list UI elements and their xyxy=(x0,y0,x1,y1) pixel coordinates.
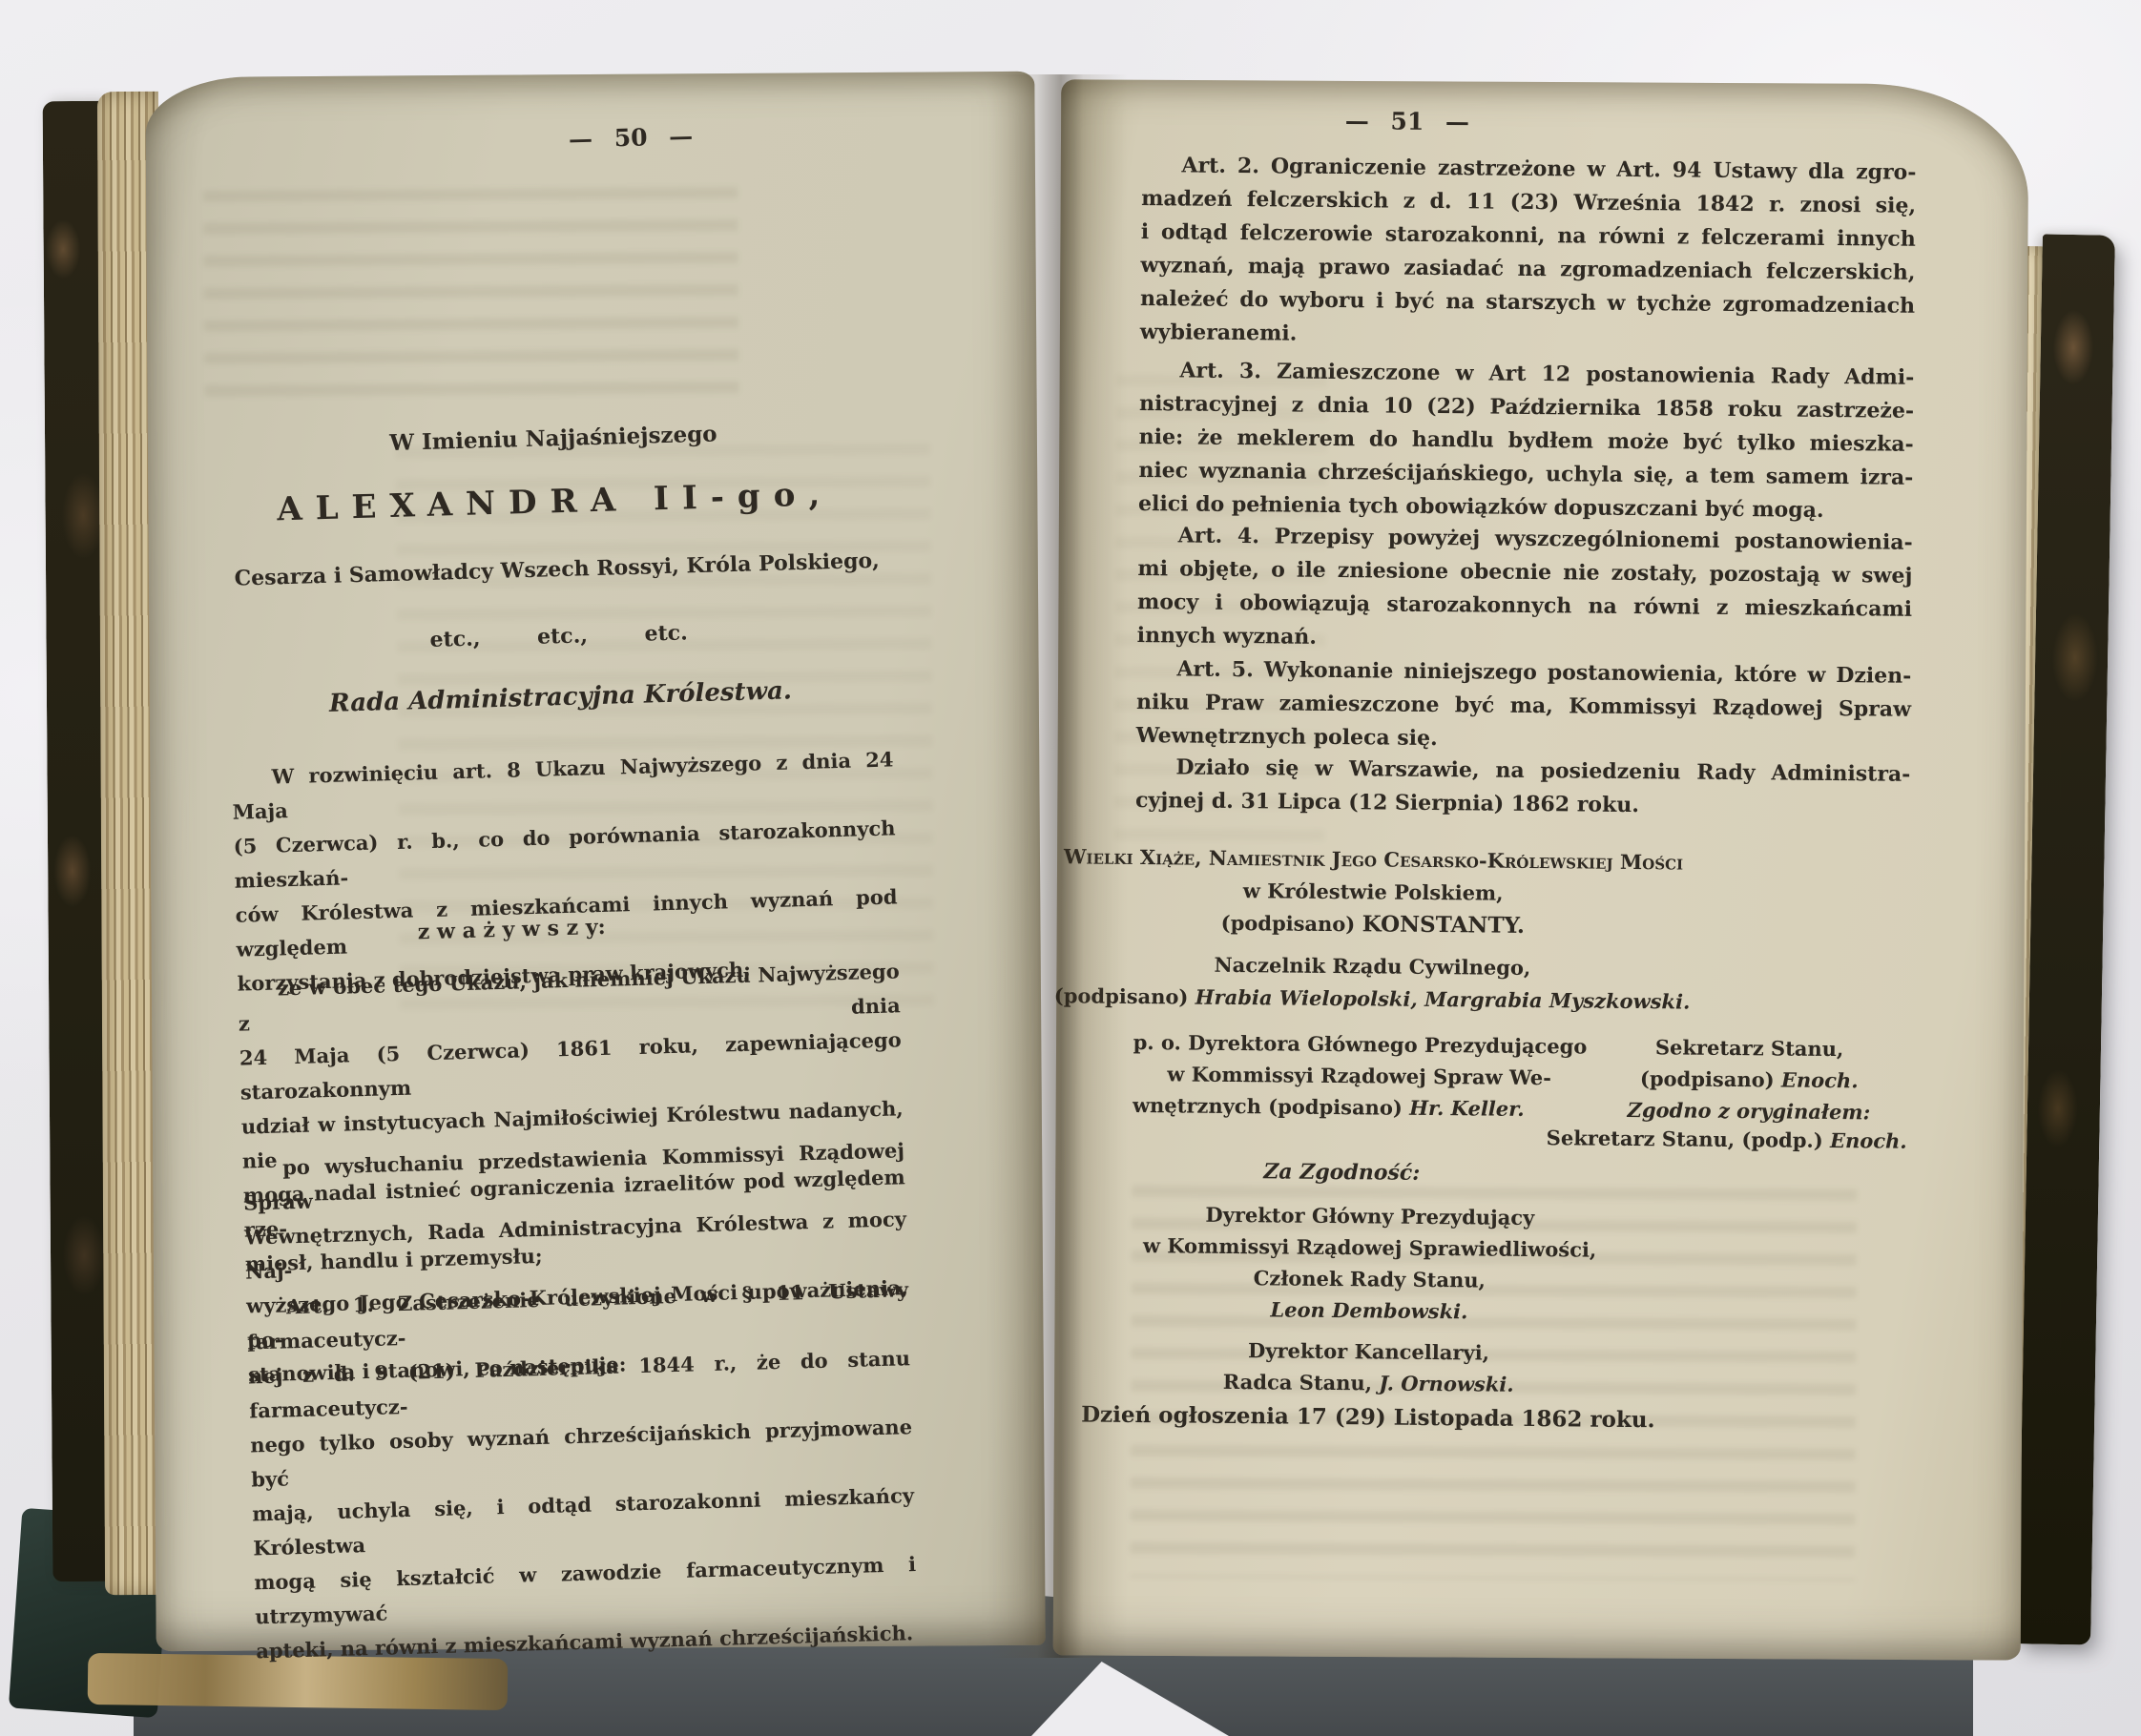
director-line: w Kommissyi Rządowej Spraw We- xyxy=(1133,1058,1590,1094)
wielopolski-name: Hrabia Wielopolski, Margrabia Myszkowski… xyxy=(1195,985,1691,1014)
naczelnik-signature: (podpisano) Hrabia Wielopolski, Margrabi… xyxy=(985,979,1759,1019)
secretary-title: Sekretarz Stanu, xyxy=(1590,1031,1907,1065)
justice-director-block: Dyrektor Główny Prezydujący w Kommissyi … xyxy=(982,1196,1757,1330)
paragraph-article-2: Art. 2. Ograniczenie zastrzeżone w Art. … xyxy=(1140,149,1917,357)
chancellery-signature: Radca Stanu, J. Ornowski. xyxy=(981,1363,1756,1402)
left-page: — 50 — W Imieniu Najjaśniejszego ALEXAND… xyxy=(145,72,1045,1651)
signed-label: (podpisano) xyxy=(1640,1066,1781,1091)
heading-administrative-council: Rada Administracyjna Królestwa. xyxy=(229,673,892,720)
two-column-signatures: p. o. Dyrektora Głównego Prezydującego w… xyxy=(1133,1026,1908,1128)
director-line: p. o. Dyrektora Głównego Prezydującego xyxy=(1133,1026,1590,1063)
heading-in-the-name: W Imieniu Najjaśniejszego xyxy=(222,417,884,461)
certified-label: Za Zgodność: xyxy=(954,1156,1729,1188)
enoch-name: Enoch. xyxy=(1781,1068,1859,1093)
paragraph-article-1: Art. 1. Zastrzeżenie uczynione w § 11 Us… xyxy=(246,1272,919,1668)
page-number: — 50 — xyxy=(300,114,963,160)
paragraph-enacted: Działo się w Warszawie, na posiedzeniu R… xyxy=(1135,751,1911,825)
paragraph-article-3: Art. 3. Zamieszczone w Art 12 postanowie… xyxy=(1138,354,1915,528)
dembowski-name: Leon Dembowski. xyxy=(982,1291,1756,1330)
councillor-label: Radca Stanu, xyxy=(1223,1370,1380,1395)
publication-date-line: Dzień ogłoszenia 17 (29) Listopada 1862 … xyxy=(981,1400,1756,1434)
heading-etc: etc., etc., etc. xyxy=(227,614,889,657)
page-number: — 51 — xyxy=(1020,104,1795,139)
signed-label: (podpisano) xyxy=(1221,911,1362,936)
paragraph-article-4: Art. 4. Przepisy powyżej wyszczególnione… xyxy=(1137,519,1913,660)
director-interior-column: p. o. Dyrektora Głównego Prezydującego w… xyxy=(1133,1026,1591,1126)
heading-alexander: ALEXANDRA II-go, xyxy=(223,474,886,530)
heading-tsar-titles: Cesarza i Samowładcy Wszech Rossyi, Król… xyxy=(226,548,888,590)
keller-name: Hr. Keller. xyxy=(1409,1096,1525,1121)
book-photo: — 50 — W Imieniu Najjaśniejszego ALEXAND… xyxy=(0,0,2141,1736)
enoch-name: Enoch. xyxy=(1830,1128,1907,1153)
secretary-label: Sekretarz Stanu, (podp.) xyxy=(1547,1126,1831,1152)
chancellery-block: Dyrektor Kancellaryi, Radca Stanu, J. Or… xyxy=(981,1332,1756,1402)
civil-government-block: Naczelnik Rządu Cywilnego, (podpisano) H… xyxy=(985,946,1760,1019)
vicegerent-signature: (podpisano) KONSTANTY. xyxy=(986,904,1760,944)
state-secretary-column: Sekretarz Stanu, (podpisano) Enoch. Zgod… xyxy=(1590,1031,1908,1128)
vicegerent-block: Wielki Xiąże, Namiestnik Jego Cesarsko-K… xyxy=(986,839,1761,944)
ornowski-name: J. Ornowski. xyxy=(1379,1371,1514,1395)
paragraph-article-5: Art. 5. Wykonanie niniejszego postanowie… xyxy=(1136,652,1912,760)
conform-original-label: Zgodno z oryginałem: xyxy=(1590,1094,1907,1128)
right-page: — 51 — Art. 2. Ograniczenie zastrzeżone … xyxy=(1053,79,2029,1660)
director-signature: wnętrznych (podpisano) Hr. Keller. xyxy=(1133,1089,1590,1126)
signed-label: wnętrznych (podpisano) xyxy=(1133,1093,1409,1120)
signed-label: (podpisano) xyxy=(1054,983,1195,1008)
secretary-signature: (podpisano) Enoch. xyxy=(1590,1063,1907,1097)
konstanty-name: KONSTANTY. xyxy=(1362,911,1526,939)
